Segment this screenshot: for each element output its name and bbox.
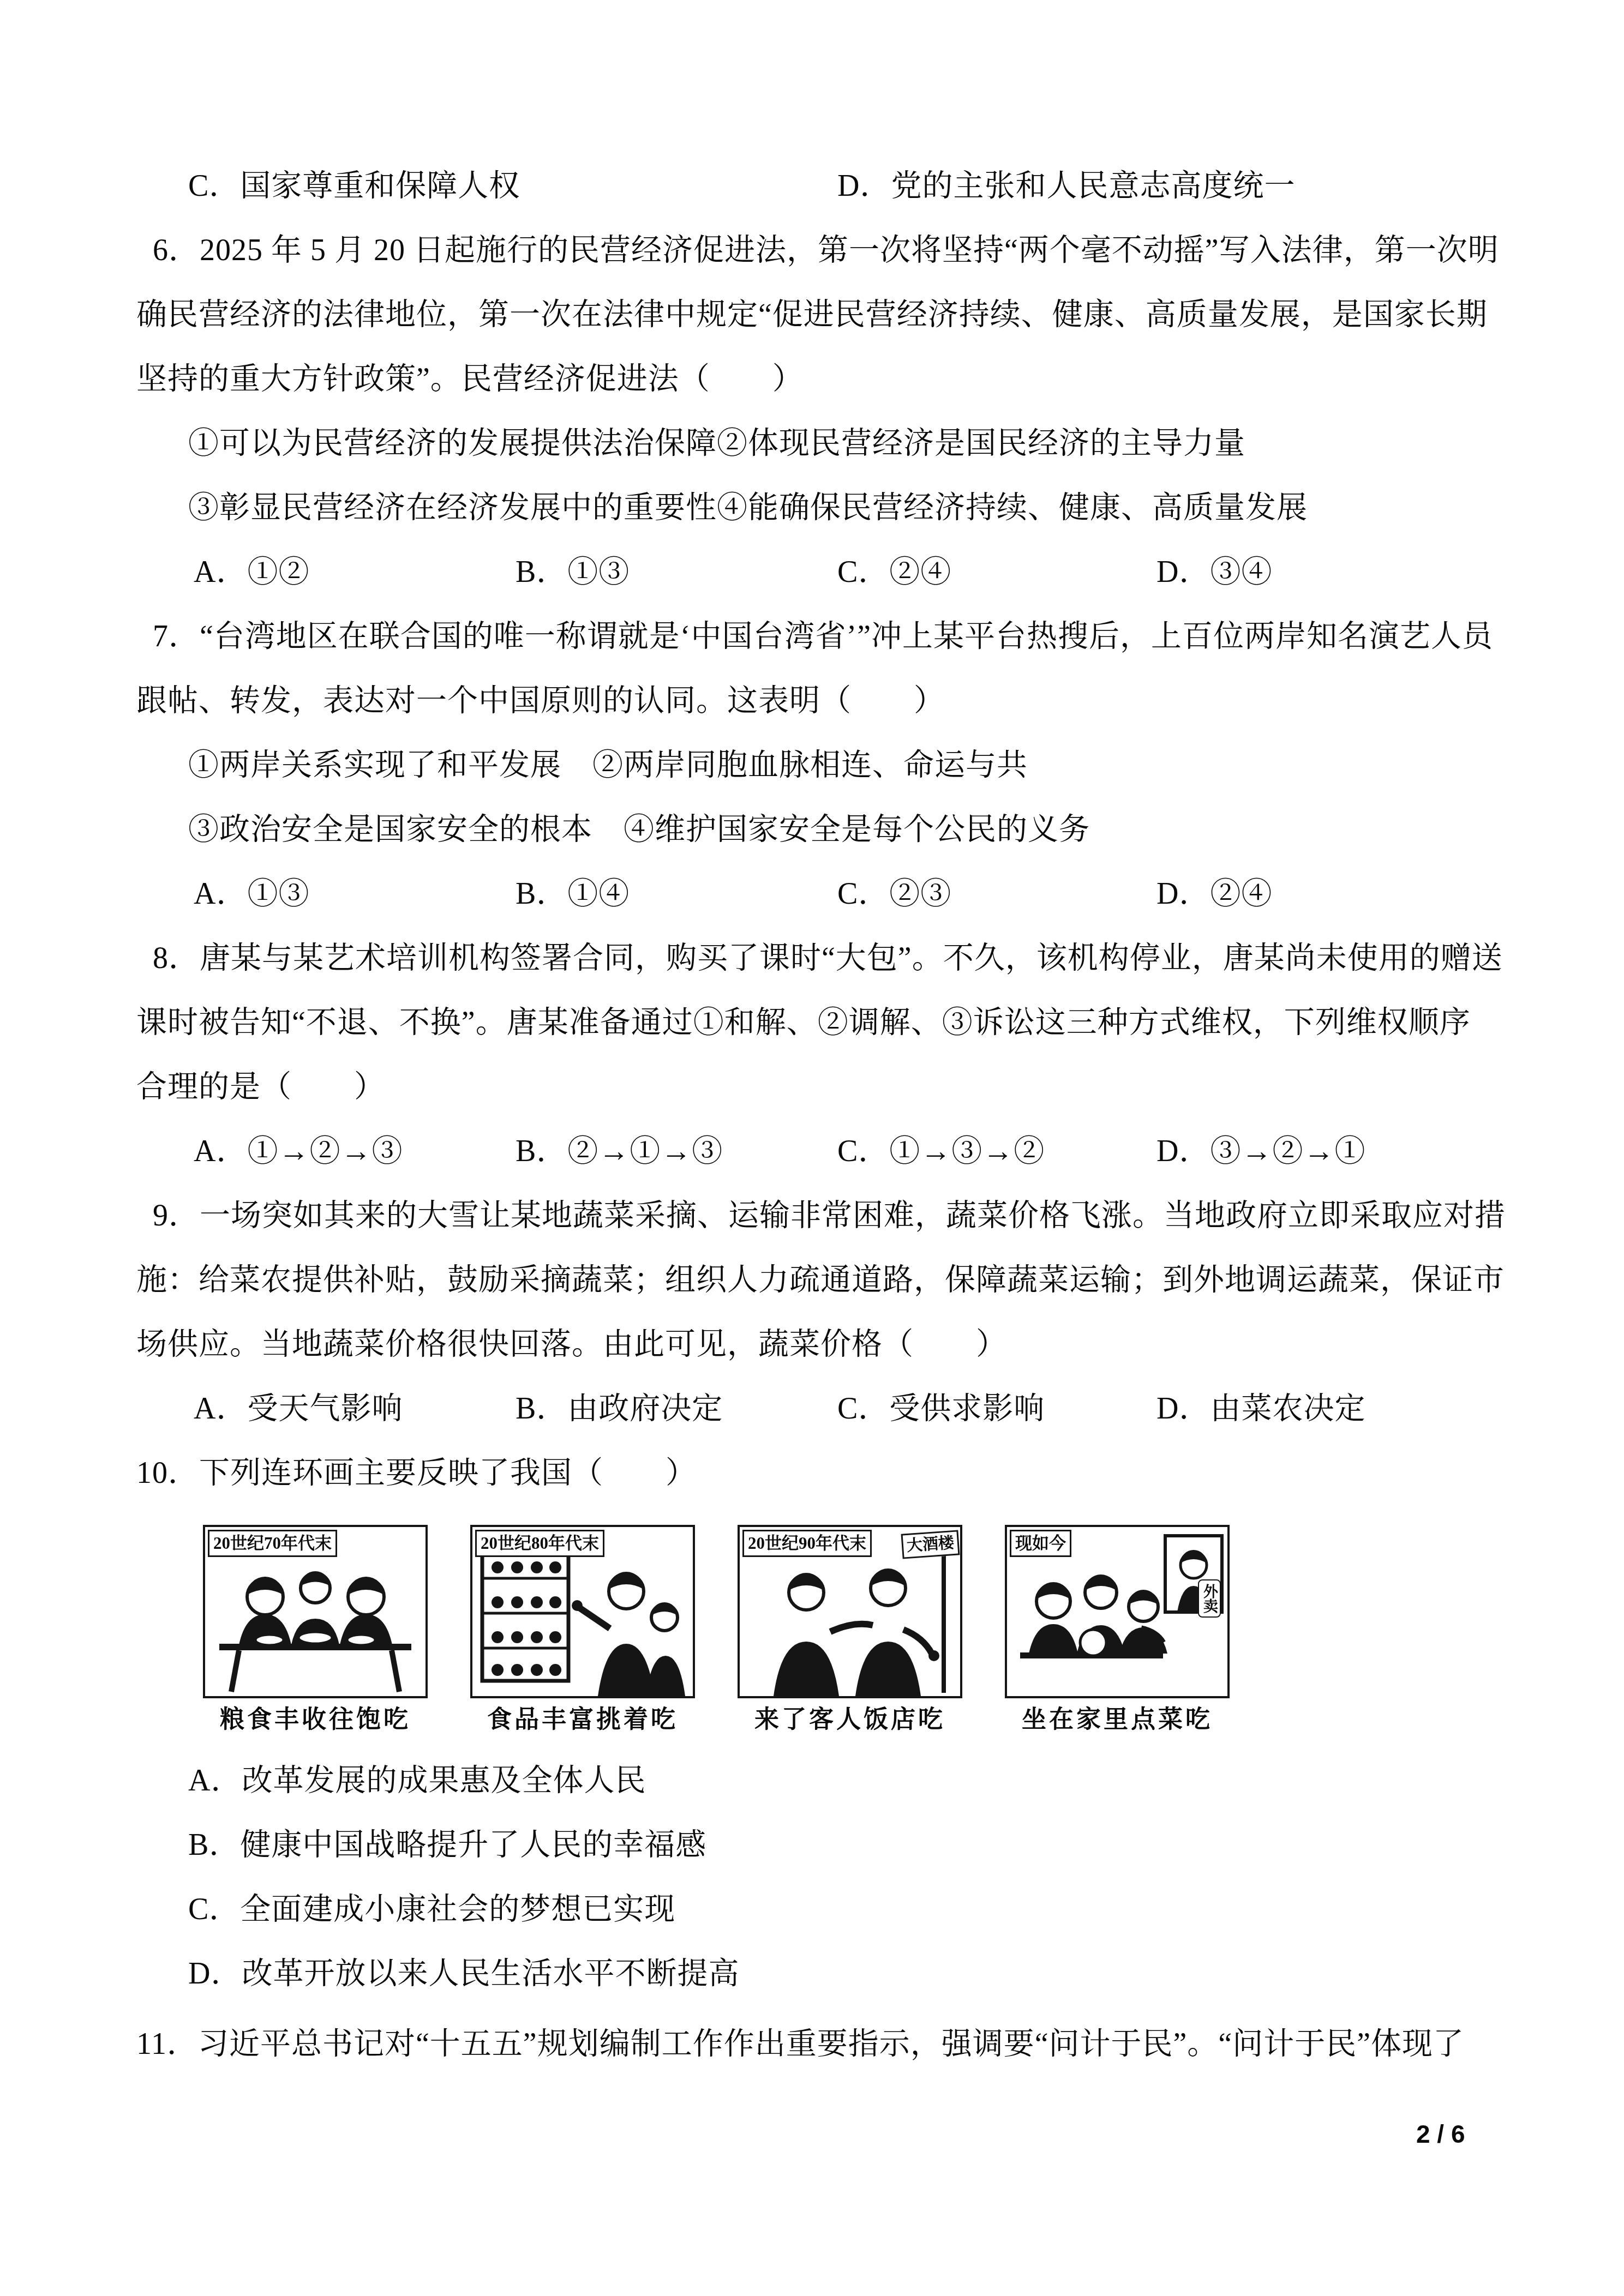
comic-caption: 坐在家里点菜吃 xyxy=(1005,1707,1230,1732)
comic-caption: 来了客人饭店吃 xyxy=(738,1707,962,1732)
era-tag-label: 20世纪80年代末 xyxy=(475,1530,604,1557)
q8-options-row: A．①→②→③ B．②→①→③ C．①→③→② D．③→②→① xyxy=(136,1119,1500,1183)
q8-option-c: C．①→③→② xyxy=(837,1119,1156,1183)
q6-option-c: C．②④ xyxy=(837,540,1156,604)
comic-panel-1980s: 20世纪80年代末 食品丰富挑着吃 xyxy=(470,1525,695,1732)
restaurant-sign-label: 大酒楼 xyxy=(901,1530,960,1559)
comic-panel-1970s: 20世纪70年代末 粮食丰收往饱吃 xyxy=(203,1525,428,1732)
q9-stem-line-2: 施：给菜农提供补贴，鼓励采摘蔬菜；组织人力疏通道路，保障蔬菜运输；到外地调运蔬菜… xyxy=(136,1248,1500,1312)
q6-statements-3-4: ③彰显民营经济在经济发展中的重要性④能确保民营经济持续、健康、高质量发展 xyxy=(136,476,1500,540)
q7-statements-1-2: ①两岸关系实现了和平发展 ②两岸同胞血脉相连、命运与共 xyxy=(136,733,1500,797)
q5-option-c: C．国家尊重和保障人权 xyxy=(188,154,837,218)
comic-caption: 粮食丰收往饱吃 xyxy=(203,1707,428,1732)
q9-option-d: D．由菜农决定 xyxy=(1156,1377,1500,1441)
comic-panel-nowadays: 现如今 外卖 坐在家里点菜吃 xyxy=(1005,1525,1230,1732)
q6-statements-1-2: ①可以为民营经济的发展提供法治保障②体现民营经济是国民经济的主导力量 xyxy=(136,411,1500,476)
era-tag-label: 20世纪90年代末 xyxy=(742,1530,872,1557)
q7-option-a: A．①③ xyxy=(194,862,516,926)
q7-option-b: B．①④ xyxy=(516,862,837,926)
q6-option-a: A．①② xyxy=(194,540,516,604)
comic-caption: 食品丰富挑着吃 xyxy=(470,1707,695,1732)
q6-option-b: B．①③ xyxy=(516,540,837,604)
q8-stem-line-2: 课时被告知“不退、不换”。唐某准备通过①和解、②调解、③诉讼这三种方式维权，下列… xyxy=(136,990,1500,1055)
q7-option-c: C．②③ xyxy=(837,862,1156,926)
era-tag-label: 现如今 xyxy=(1010,1530,1071,1557)
q7-options-row: A．①③ B．①④ C．②③ D．②④ xyxy=(136,862,1500,926)
q11-stem: 11．习近平总书记对“十五五”规划编制工作作出重要指示，强调要“问计于民”。“问… xyxy=(136,2012,1500,2076)
q8-stem-line-1: 8．唐某与某艺术培训机构签署合同，购买了课时“大包”。不久，该机构停业，唐某尚未… xyxy=(136,926,1500,990)
q9-option-c: C．受供求影响 xyxy=(837,1377,1156,1441)
page-number: 2 / 6 xyxy=(1416,2120,1465,2148)
q9-option-b: B．由政府决定 xyxy=(516,1377,837,1441)
q5-options-row: C．国家尊重和保障人权 D．党的主张和人民意志高度统一 xyxy=(136,154,1500,218)
q10-option-b: B．健康中国战略提升了人民的幸福感 xyxy=(136,1813,1500,1877)
exam-body: C．国家尊重和保障人权 D．党的主张和人民意志高度统一 6．2025 年 5 月… xyxy=(136,0,1500,2076)
q6-stem-line-2: 确民营经济的法律地位，第一次在法律中规定“促进民营经济持续、健康、高质量发展，是… xyxy=(136,283,1500,347)
q10-stem: 10．下列连环画主要反映了我国（ ） xyxy=(136,1441,1500,1505)
exam-document-page: { "document": { "page_indicator": "2 / 6… xyxy=(0,0,1624,2296)
takeout-bag-label: 外卖 xyxy=(1198,1579,1221,1618)
q7-option-d: D．②④ xyxy=(1156,862,1500,926)
q8-stem-line-3: 合理的是（ ） xyxy=(136,1055,1500,1119)
q5-option-d: D．党的主张和人民意志高度统一 xyxy=(837,154,1500,218)
q8-option-a: A．①→②→③ xyxy=(194,1119,516,1183)
comic-strip: 20世纪70年代末 粮食丰收往饱吃 xyxy=(203,1525,1500,1732)
q9-option-a: A．受天气影响 xyxy=(194,1377,516,1441)
comic-panel-frame: 现如今 外卖 xyxy=(1005,1525,1230,1698)
q7-statements-3-4: ③政治安全是国家安全的根本 ④维护国家安全是每个公民的义务 xyxy=(136,797,1500,862)
comic-panel-1990s: 20世纪90年代末 大酒楼 来了客人饭店吃 xyxy=(738,1525,962,1732)
q10-option-c: C．全面建成小康社会的梦想已实现 xyxy=(136,1877,1500,1942)
q10-option-d: D．改革开放以来人民生活水平不断提高 xyxy=(136,1942,1500,2006)
q9-stem-line-3: 场供应。当地蔬菜价格很快回落。由此可见，蔬菜价格（ ） xyxy=(136,1312,1500,1377)
q6-option-d: D．③④ xyxy=(1156,540,1500,604)
q9-options-row: A．受天气影响 B．由政府决定 C．受供求影响 D．由菜农决定 xyxy=(136,1377,1500,1441)
comic-panel-frame: 20世纪70年代末 xyxy=(203,1525,428,1698)
q10-option-a: A．改革发展的成果惠及全体人民 xyxy=(136,1748,1500,1813)
q9-stem-line-1: 9．一场突如其来的大雪让某地蔬菜采摘、运输非常困难，蔬菜价格飞涨。当地政府立即采… xyxy=(136,1183,1500,1248)
q8-option-d: D．③→②→① xyxy=(1156,1119,1500,1183)
era-tag-label: 20世纪70年代末 xyxy=(208,1530,337,1557)
q6-options-row: A．①② B．①③ C．②④ D．③④ xyxy=(136,540,1500,604)
q7-stem-line-1: 7．“台湾地区在联合国的唯一称谓就是‘中国台湾省’”冲上某平台热搜后，上百位两岸… xyxy=(136,604,1500,669)
q7-stem-line-2: 跟帖、转发，表达对一个中国原则的认同。这表明（ ） xyxy=(136,669,1500,733)
q8-option-b: B．②→①→③ xyxy=(516,1119,837,1183)
comic-panel-frame: 20世纪90年代末 大酒楼 xyxy=(738,1525,962,1698)
q6-stem-line-3: 坚持的重大方针政策”。民营经济促进法（ ） xyxy=(136,347,1500,411)
comic-panel-frame: 20世纪80年代末 xyxy=(470,1525,695,1698)
q6-stem-line-1: 6．2025 年 5 月 20 日起施行的民营经济促进法，第一次将坚持“两个毫不… xyxy=(136,218,1500,283)
